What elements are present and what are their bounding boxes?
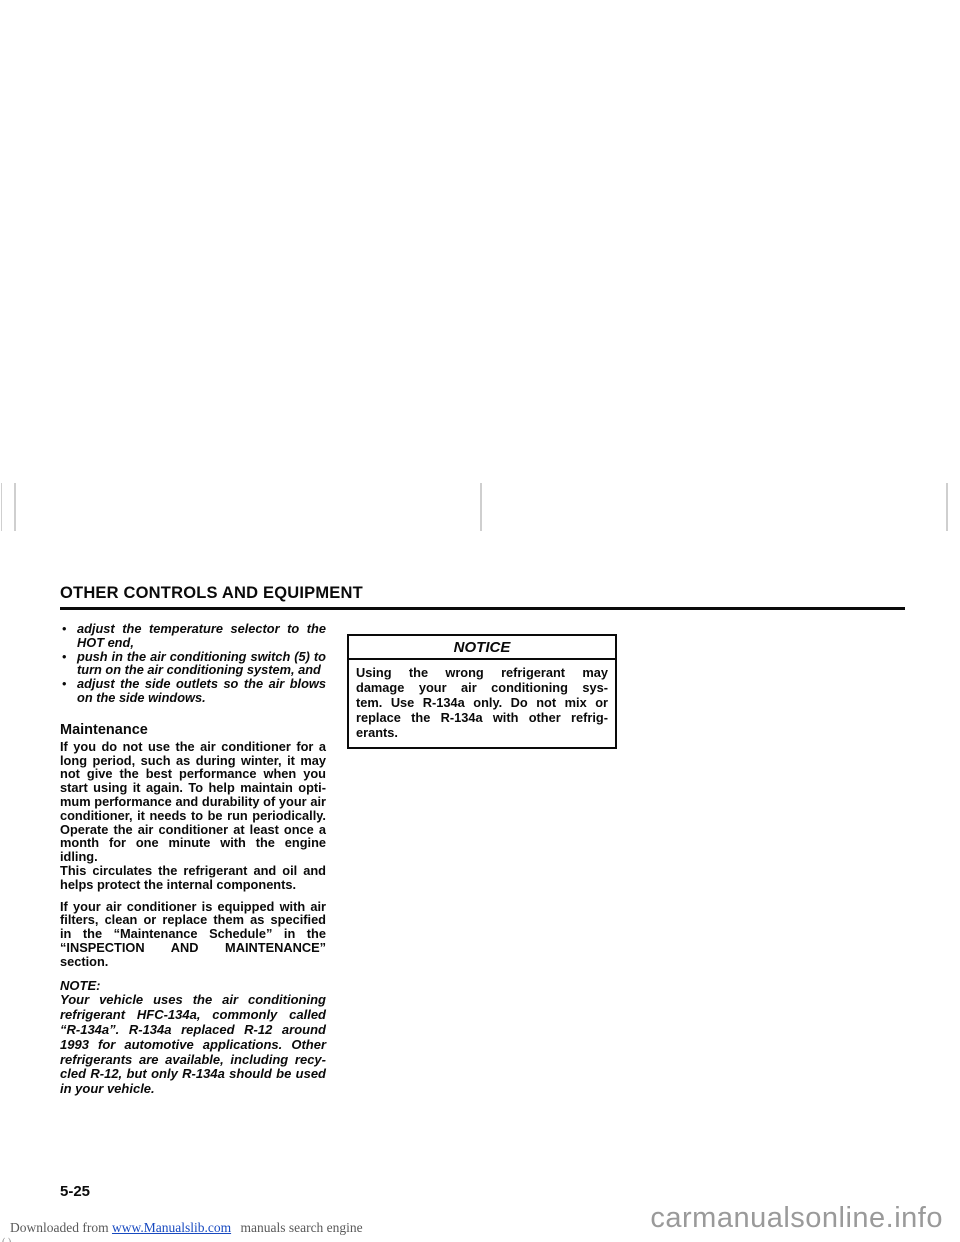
text-line: adjust the temperature selector to the [77, 622, 326, 636]
note-paragraph: NOTE:Your vehicle uses the air condition… [60, 979, 326, 1097]
text-line: mum performance and durability of your a… [60, 795, 326, 809]
text-line: not give the best performance when you [60, 767, 326, 781]
bullet-lines: push in the air conditioning switch (5) … [77, 650, 326, 678]
text-line: If your air conditioner is equipped with… [60, 900, 326, 914]
text-line: erants. [356, 725, 608, 740]
crop-mark [14, 483, 16, 531]
crop-mark [480, 483, 482, 531]
manualslib-footer: Downloaded from www.Manualslib.com manua… [10, 1220, 363, 1236]
text-line: 1993 for automotive applications. Other [60, 1038, 326, 1053]
text-line: in the “Maintenance Schedule” in the [60, 927, 326, 941]
footer-suffix: manuals search engine [240, 1220, 362, 1235]
text-line: in your vehicle. [60, 1082, 326, 1097]
text-line: Operate the air conditioner at least onc… [60, 823, 326, 837]
text-line: NOTE: [60, 979, 326, 994]
section-header: OTHER CONTROLS AND EQUIPMENT [60, 584, 905, 602]
bullet-item: •adjust the temperature selector to theH… [60, 622, 326, 650]
text-line: section. [60, 955, 326, 969]
bullet-list: •adjust the temperature selector to theH… [60, 622, 326, 705]
bullet-icon: • [60, 622, 77, 650]
filters-paragraph: If your air conditioner is equipped with… [60, 900, 326, 969]
text-line: conditioner, it needs to be run periodic… [60, 809, 326, 823]
manualslib-link[interactable]: www.Manualslib.com [112, 1220, 231, 1235]
text-line: month for one minute with the engine idl… [60, 836, 326, 864]
notice-title: NOTICE [349, 636, 615, 660]
text-line: filters, clean or replace them as specif… [60, 913, 326, 927]
text-line: refrigerant HFC-134a, commonly called [60, 1008, 326, 1023]
header-rule [60, 607, 905, 610]
text-line: adjust the side outlets so the air blows [77, 677, 326, 691]
notice-box: NOTICE Using the wrong refrigerant mayda… [347, 634, 617, 749]
manual-page: { "page": { "section_header": "OTHER CON… [0, 0, 960, 1242]
text-line: “R-134a”. R-134a replaced R-12 around [60, 1023, 326, 1038]
body-text-column: •adjust the temperature selector to theH… [60, 622, 326, 1097]
bullet-item: •push in the air conditioning switch (5)… [60, 650, 326, 678]
bullet-item: •adjust the side outlets so the air blow… [60, 677, 326, 705]
text-line: This circulates the refrigerant and oil … [60, 864, 326, 878]
corner-partial-mark: ( ) [2, 1237, 11, 1242]
text-line: start using it again. To help maintain o… [60, 781, 326, 795]
bullet-lines: adjust the side outlets so the air blows… [77, 677, 326, 705]
bullet-icon: • [60, 677, 77, 705]
section-header-block: OTHER CONTROLS AND EQUIPMENT [60, 584, 905, 610]
watermark: carmanualsonline.info [650, 1202, 943, 1234]
bullet-lines: adjust the temperature selector to theHO… [77, 622, 326, 650]
maintenance-heading: Maintenance [60, 722, 326, 738]
text-line: long period, such as during winter, it m… [60, 754, 326, 768]
text-line: “INSPECTION AND MAINTENANCE” [60, 941, 326, 955]
text-line: Your vehicle uses the air conditioning [60, 993, 326, 1008]
text-line: push in the air conditioning switch (5) … [77, 650, 326, 664]
text-line: helps protect the internal components. [60, 878, 326, 892]
footer-prefix: Downloaded from [10, 1220, 109, 1235]
text-line: turn on the air conditioning system, and [77, 663, 326, 677]
text-line: tem. Use R-134a only. Do not mix or [356, 695, 608, 710]
text-line: If you do not use the air conditioner fo… [60, 740, 326, 754]
text-line: refrigerants are available, including re… [60, 1053, 326, 1068]
crop-mark [946, 483, 948, 531]
text-line: replace the R-134a with other refrig- [356, 710, 608, 725]
crop-mark [1, 483, 2, 531]
text-line: on the side windows. [77, 691, 326, 705]
maintenance-paragraph: If you do not use the air conditioner fo… [60, 740, 326, 892]
text-line: cled R-12, but only R-134a should be use… [60, 1067, 326, 1082]
notice-body: Using the wrong refrigerant maydamage yo… [349, 660, 615, 747]
bullet-icon: • [60, 650, 77, 678]
text-line: damage your air conditioning sys- [356, 680, 608, 695]
page-number: 5-25 [60, 1183, 90, 1200]
text-line: HOT end, [77, 636, 326, 650]
text-line: Using the wrong refrigerant may [356, 665, 608, 680]
